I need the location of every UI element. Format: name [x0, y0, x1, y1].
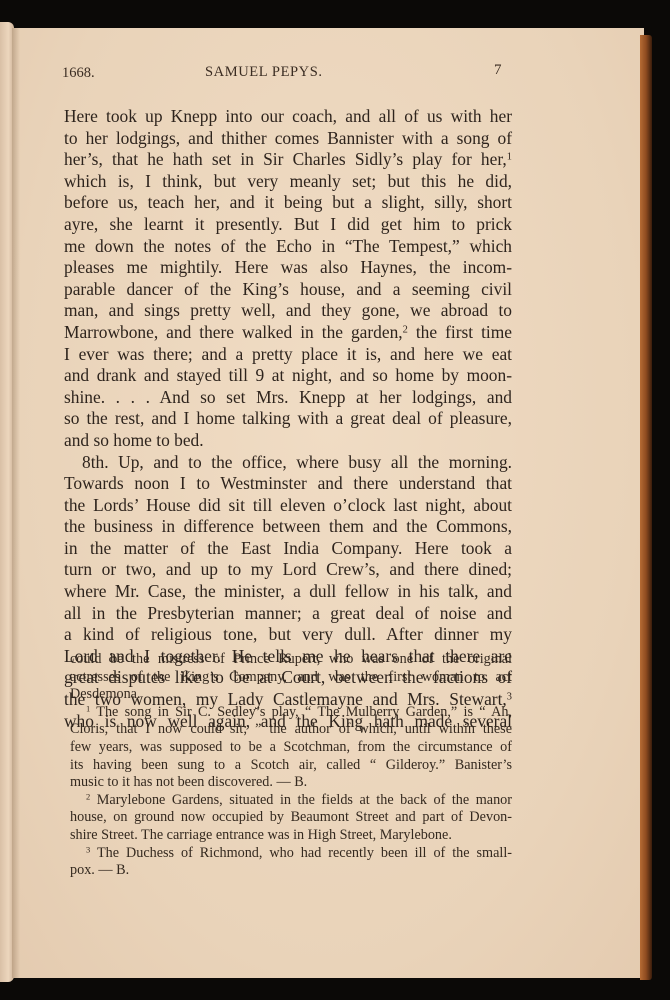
footnote-line: 1 The song in Sir C. Sedley’s play, “ Th…: [70, 704, 512, 722]
body-line: her’s, that he hath set in Sir Charles S…: [64, 149, 512, 171]
footnote-line: Cloris, that I now could sit; ” the auth…: [70, 721, 512, 739]
footnote-line: few years, was supposed to be a Scotchma…: [70, 739, 512, 757]
body-line: ayre, she learnt it presently. But I did…: [64, 214, 512, 236]
body-line: and so home to bed.: [64, 430, 512, 452]
body-line: Towards noon I to Westminster and there …: [64, 473, 512, 495]
body-line: so the rest, and I home talking with a g…: [64, 408, 512, 430]
body-line: me down the notes of the Echo in “The Te…: [64, 236, 512, 258]
footnote-line: music to it has not been discovered. — B…: [70, 774, 512, 792]
footnote-line: actresses of the King’s Company, and was…: [70, 669, 512, 687]
body-line: in the matter of the East India Company.…: [64, 538, 512, 560]
body-line: to her lodgings, and thither comes Banni…: [64, 128, 512, 150]
footnote-line: house, on ground now occupied by Beaumon…: [70, 809, 512, 827]
body-line: all in the Presbyterian manner; a great …: [64, 603, 512, 625]
body-line: I ever was there; and a pretty place it …: [64, 344, 512, 366]
body-line: Here took up Knepp into our coach, and a…: [64, 106, 512, 128]
body-text: Here took up Knepp into our coach, and a…: [64, 106, 512, 732]
body-line: shine. . . . And so set Mrs. Knepp at he…: [64, 387, 512, 409]
body-line: the Lords’ House did sit till eleven o’c…: [64, 495, 512, 517]
header-year: 1668.: [62, 65, 95, 82]
footnote-line: could be the mistress of Prince Rupert, …: [70, 651, 512, 669]
footnote-reference: 1: [507, 151, 512, 162]
body-line: parable dancer of the King’s house, and …: [64, 279, 512, 301]
body-line: which is, I think, but very meanly set; …: [64, 171, 512, 193]
footnote-line: 3 The Duchess of Richmond, who had recen…: [70, 845, 512, 863]
page-fore-edge: [640, 35, 652, 980]
body-line: pleases me mightily. Here was also Hayne…: [64, 257, 512, 279]
footnote-line: its having been sung to a Scotch air, ca…: [70, 757, 512, 775]
running-head: 1668. SAMUEL PEPYS. 7: [62, 62, 512, 84]
body-line: Marrowbone, and there walked in the gard…: [64, 322, 512, 344]
body-line: the business in difference between them …: [64, 516, 512, 538]
footnotes: could be the mistress of Prince Rupert, …: [70, 651, 512, 880]
body-line: man, and sings pretty well, and they gon…: [64, 300, 512, 322]
page-number: 7: [494, 62, 502, 79]
gutter-shadow: [12, 28, 20, 978]
body-line: a kind of religious tone, but very dull.…: [64, 624, 512, 646]
footnote-line: 2 Marylebone Gardens, situated in the fi…: [70, 792, 512, 810]
header-title: SAMUEL PEPYS.: [205, 64, 323, 81]
body-line: 8th. Up, and to the office, where busy a…: [64, 452, 512, 474]
body-line: turn or two, and up to my Lord Crew’s, a…: [64, 559, 512, 581]
footnote-line: Desdemona.: [70, 686, 512, 704]
footnote-line: shire Street. The carriage entrance was …: [70, 827, 512, 845]
body-line: where Mr. Case, the minister, a dull fel…: [64, 581, 512, 603]
footnote-line: pox. — B.: [70, 862, 512, 880]
body-line: before us, teach her, and it being but a…: [64, 192, 512, 214]
body-line: and drank and stayed till 9 at night, an…: [64, 365, 512, 387]
